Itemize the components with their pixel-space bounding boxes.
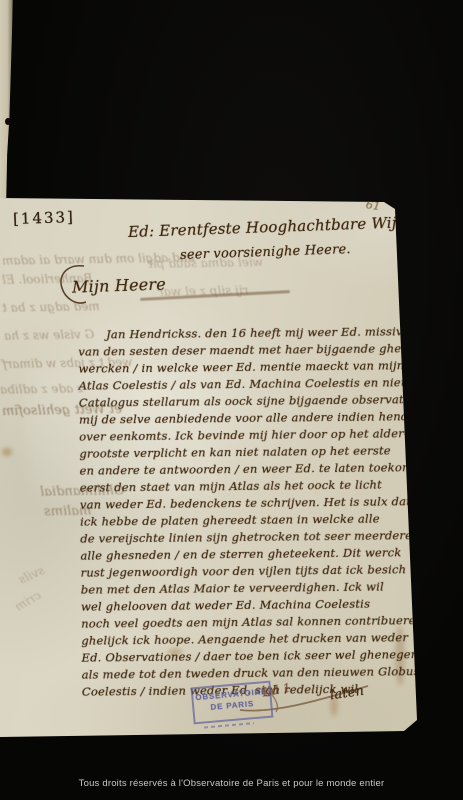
folio-number: 61 bbox=[365, 198, 381, 213]
manuscript-letter-page: and adgil om dun ward ai adam wiel adma … bbox=[0, 196, 417, 738]
ink-bleedthrough: crim bbox=[12, 588, 43, 614]
stamp-dashes bbox=[204, 722, 254, 728]
letter-heading-line2: seer voorsienighe Heere. bbox=[180, 242, 351, 263]
copyright-caption: Tous droits réservés à l'Observatoire de… bbox=[0, 778, 463, 789]
page-edge-notch bbox=[5, 118, 11, 125]
ink-bleedthrough: z ade z adliba bbox=[0, 381, 83, 396]
archive-number: [1433] bbox=[13, 208, 75, 228]
letter-heading-line1: Ed: Erentfeste Hooghachtbare Wijse bbox=[128, 213, 414, 241]
photograph-black-background: and adgil om dun ward ai adam wiel adma … bbox=[0, 0, 463, 800]
adjacent-page-edge bbox=[0, 0, 13, 198]
salutation: Mijn Heere bbox=[72, 274, 166, 296]
ink-bleedthrough: svils bbox=[16, 563, 46, 587]
stain bbox=[2, 448, 12, 456]
observatory-stamp: OBSERVATOIRE DE PARIS bbox=[191, 681, 274, 725]
letter-body: Jan Hendrickss. den 16 heeft mij weer Ed… bbox=[78, 323, 398, 700]
